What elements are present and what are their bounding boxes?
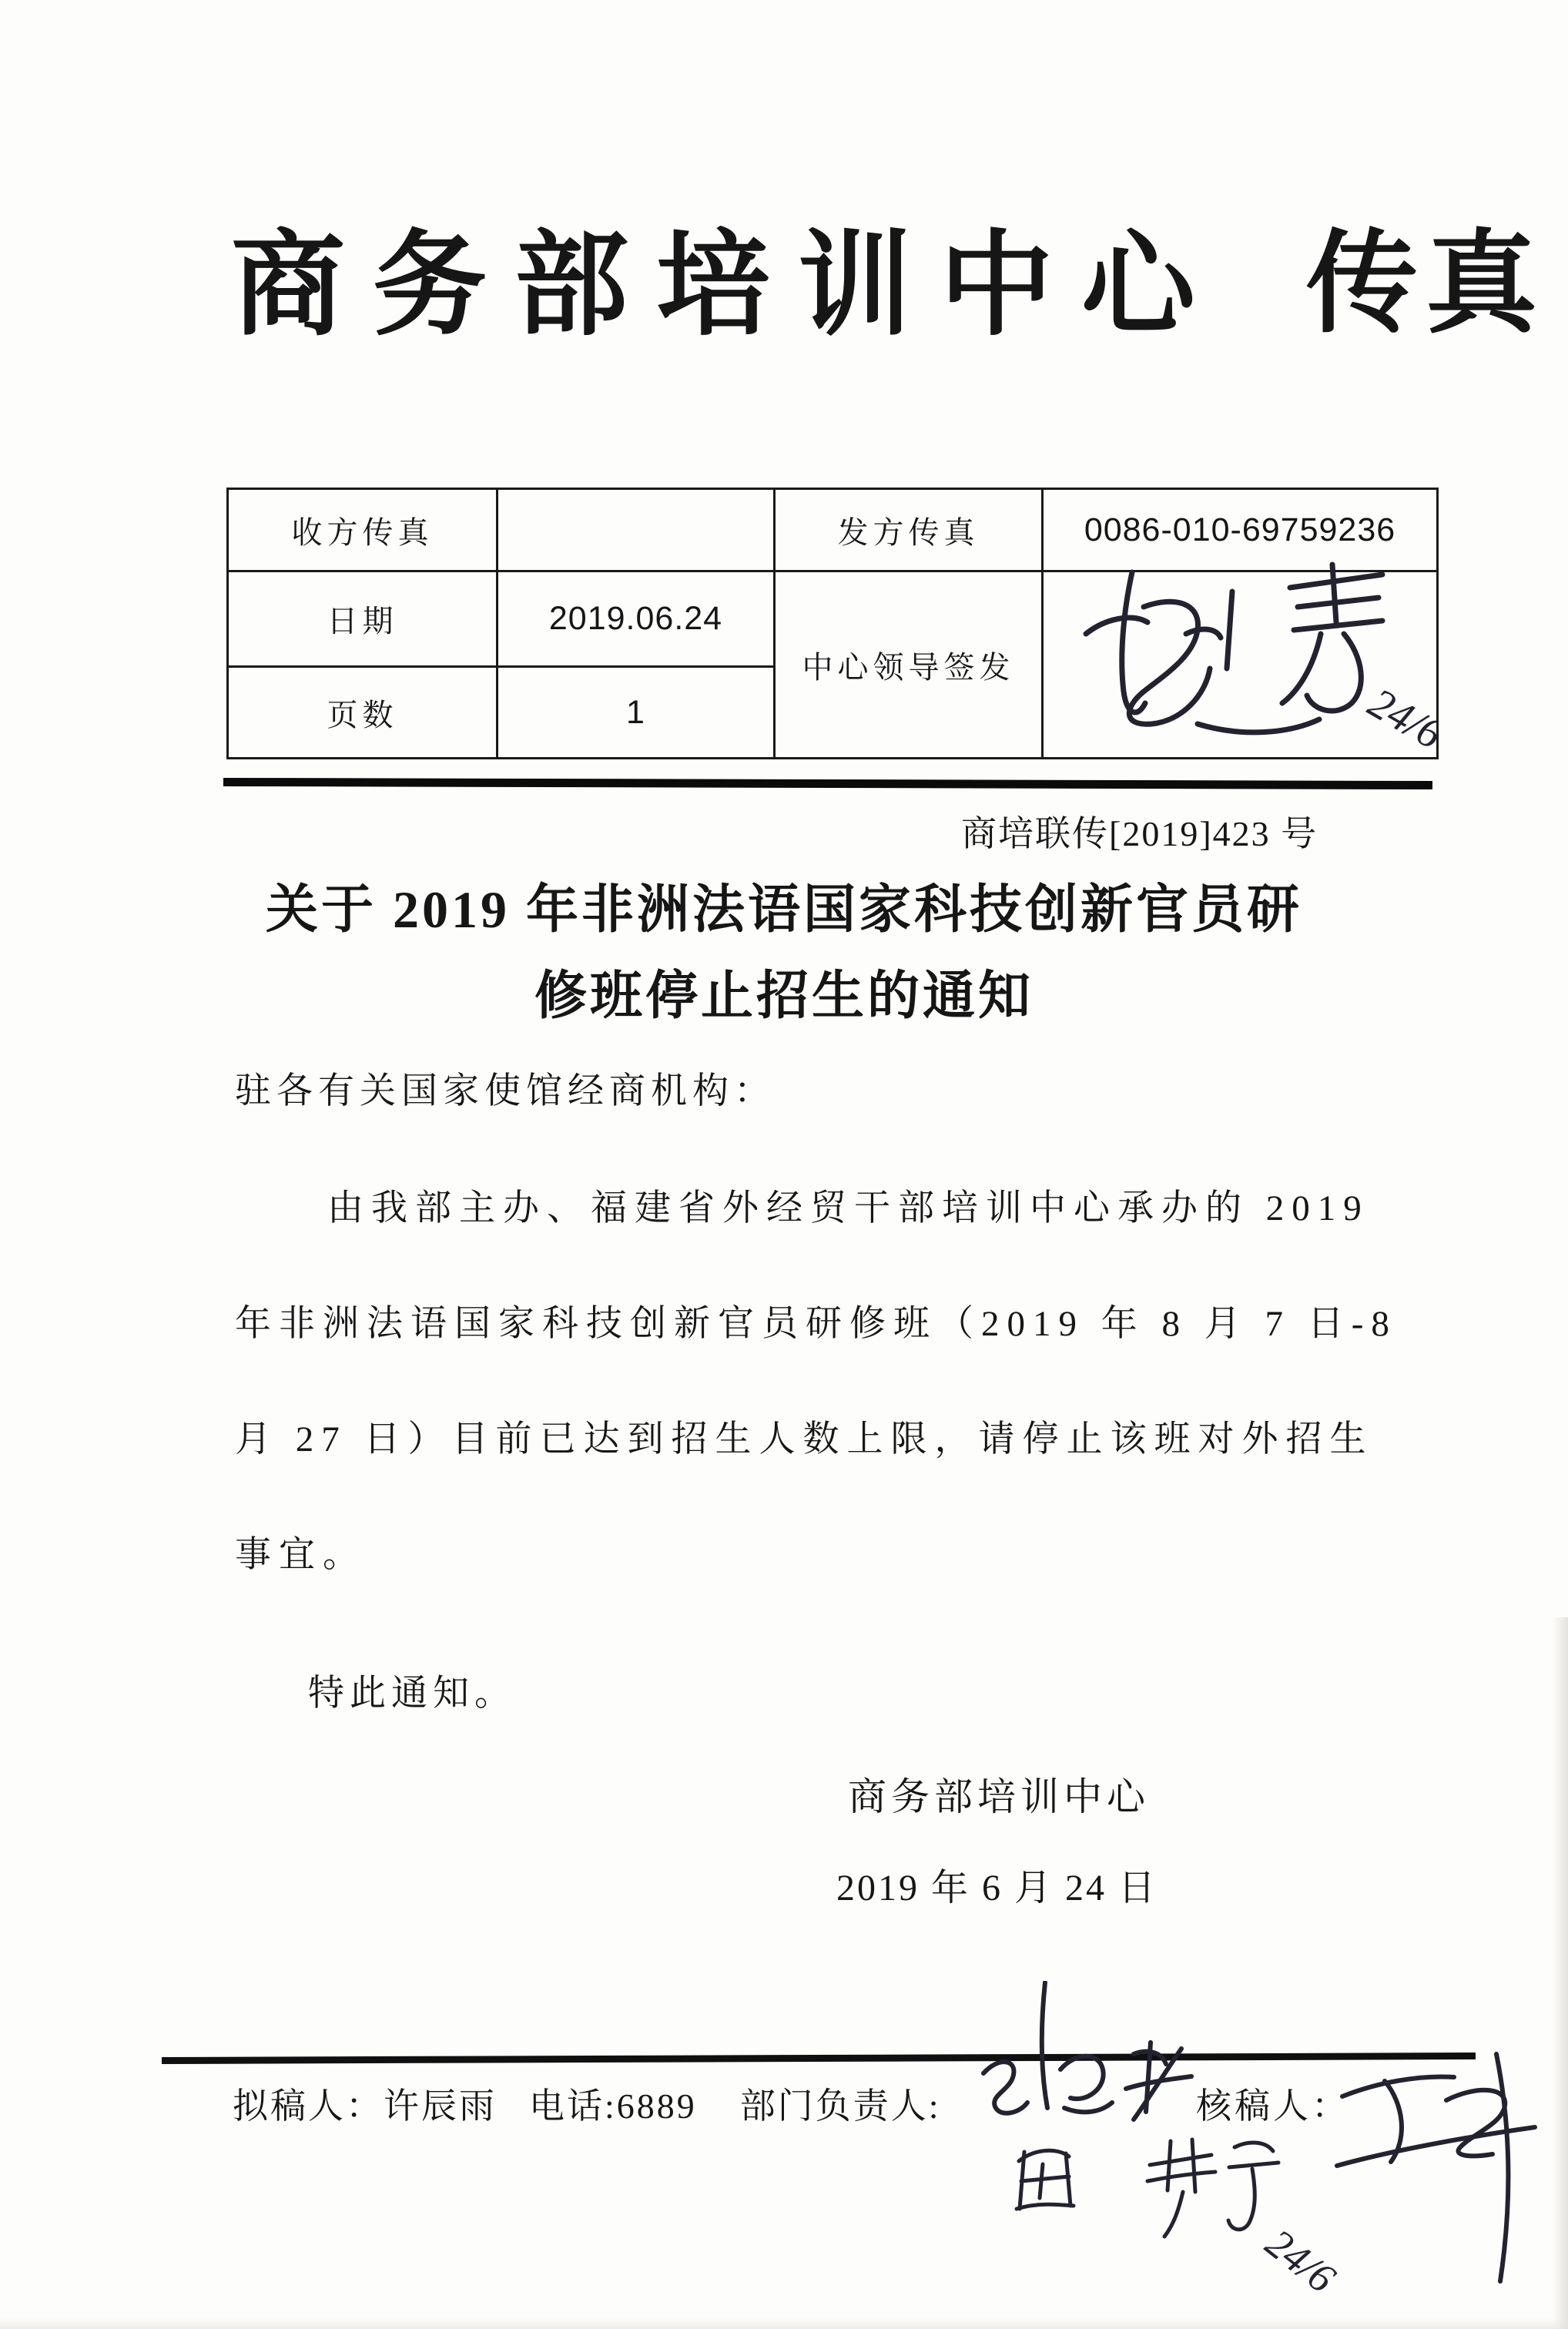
masthead: 商务部培训中心 传真 xyxy=(231,230,1545,343)
drafter-name: 拟稿人：许辰雨 xyxy=(233,2081,497,2132)
pages-value: 1 xyxy=(498,668,776,757)
signoff-org: 商务部培训中心 xyxy=(848,1766,1150,1821)
reviewer-label: 核稿人： xyxy=(1196,2081,1350,2132)
sender-fax-label: 发方传真 xyxy=(776,490,1044,572)
footer-hand-date-text: 24/6 xyxy=(1258,2220,1345,2301)
footer-credits: 拟稿人：许辰雨 电话:6889 部门负责人: xyxy=(233,2081,941,2132)
handwritten-date-mark: 24/6 xyxy=(1241,2207,1357,2329)
reviewer-signature-handwriting xyxy=(1331,2042,1546,2289)
date-value: 2019.06.24 xyxy=(498,572,776,668)
notice-heading: 关于 2019 年非洲法语国家科技创新官员研 修班停止招生的通知 xyxy=(0,866,1568,1039)
masthead-org-title: 商务部培训中心 xyxy=(231,230,1223,343)
masthead-doc-type: 传真 xyxy=(1306,230,1545,341)
pages-label: 页数 xyxy=(229,668,498,757)
fax-document-page: 商务部培训中心 传真 收方传真 发方传真 0086-010-69759236 日… xyxy=(0,0,1568,2329)
handwritten-note-left xyxy=(1000,2138,1111,2219)
notice-heading-line1: 关于 2019 年非洲法语国家科技创新官员研 xyxy=(0,866,1568,953)
recipient-fax-label: 收方传真 xyxy=(229,490,498,572)
sender-fax-value: 0086-010-69759236 xyxy=(1044,490,1436,572)
date-label: 日期 xyxy=(229,572,498,668)
reference-number: 商培联传[2019]423 号 xyxy=(961,806,1318,856)
paragraph-line: 月 27 日）目前已达到招生人数上限，请停止该班对外招生 xyxy=(235,1412,1374,1466)
leader-sign-date-mark: 24/6 xyxy=(1361,679,1437,759)
paragraph-line: 由我部主办、福建省外经贸干部培训中心承办的 2019 xyxy=(327,1181,1369,1235)
footer-divider-rule xyxy=(162,2053,1476,2064)
dept-head-label: 部门负责人: xyxy=(740,2081,941,2132)
scan-edge-shadow-right xyxy=(1553,1617,1568,2329)
leader-sign-label: 中心领导签发 xyxy=(776,572,1044,757)
salutation: 驻各有关国家使馆经商机构： xyxy=(235,1064,776,1118)
notice-heading-line2: 修班停止招生的通知 xyxy=(0,953,1568,1039)
signoff-date: 2019 年 6 月 24 日 xyxy=(836,1858,1158,1911)
recipient-fax-value xyxy=(498,490,776,572)
scan-edge-shadow-bottom xyxy=(0,2318,1568,2329)
drafter-phone: 电话:6889 xyxy=(529,2081,697,2132)
paragraph-line: 事宜。 xyxy=(235,1528,367,1582)
leader-signature-handwriting: 24/6 xyxy=(1059,561,1436,769)
closing-line: 特此通知。 xyxy=(308,1667,516,1721)
header-divider-rule xyxy=(223,778,1432,789)
paragraph-line: 年非洲法语国家科技创新官员研修班（2019 年 8 月 7 日-8 xyxy=(235,1297,1397,1351)
